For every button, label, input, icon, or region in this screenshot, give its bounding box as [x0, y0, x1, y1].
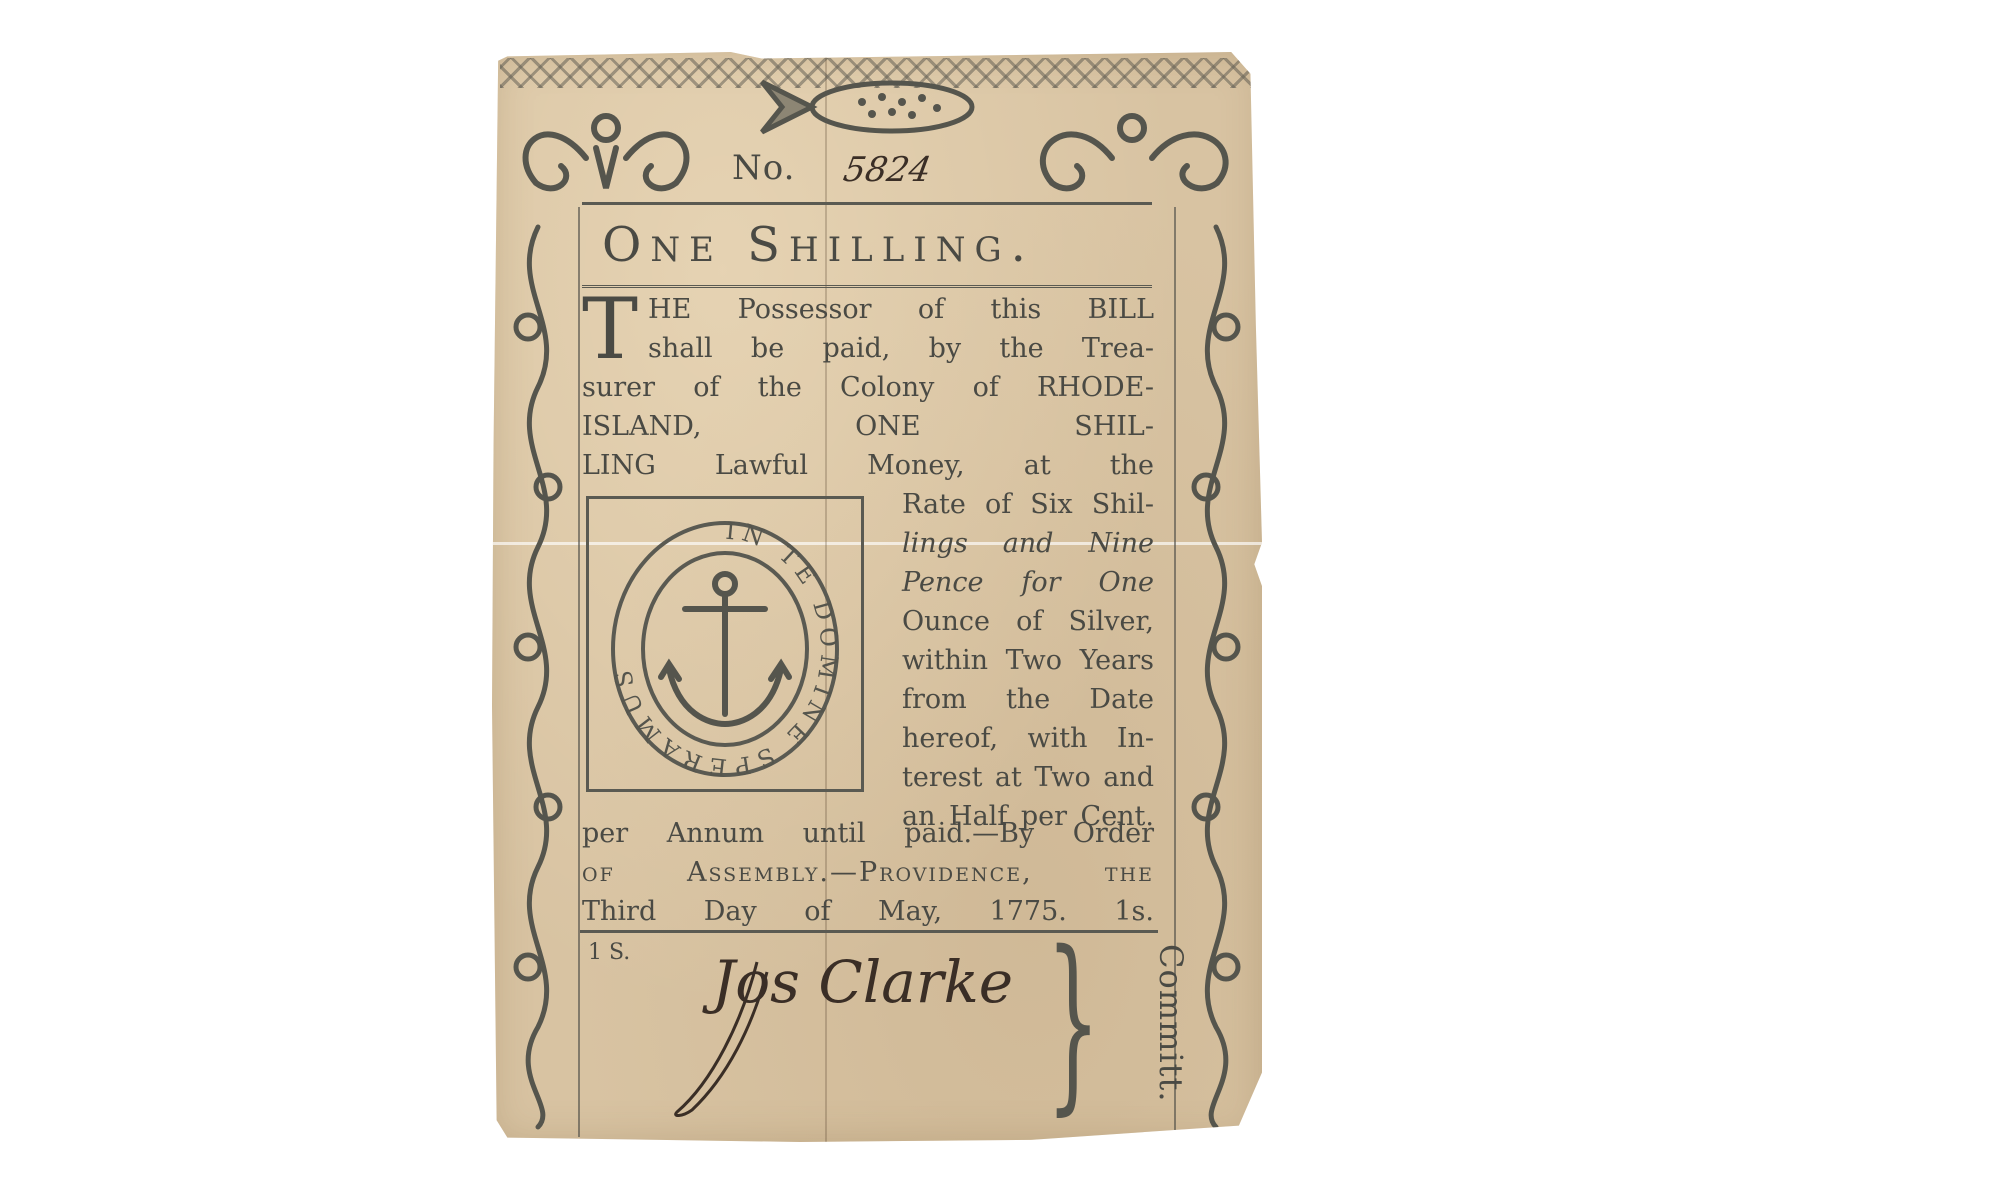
serial-label: No.: [732, 148, 795, 188]
signature: Jos Clarke: [672, 932, 1032, 1132]
text-line: ISLAND, ONE SHIL-: [582, 407, 1154, 446]
committee-label: Committ.: [1152, 944, 1190, 1103]
scroll-ornament-left-icon: [506, 88, 706, 198]
text-line: HE Possessor of this BILL: [582, 290, 1154, 329]
anchor-icon: IN TE DOMINE SPERAMUS: [589, 499, 861, 789]
text-line: surer of the Colony of RHODE-: [582, 368, 1154, 407]
serial-number: 5824: [840, 150, 934, 190]
drop-cap: T: [582, 294, 638, 364]
text-line: shall be paid, by the Trea-: [582, 329, 1154, 368]
banknote: No. 5824 One Shilling. T HE Possessor of…: [492, 52, 1262, 1142]
bill-text: T HE Possessor of this BILL shall be pai…: [582, 290, 1154, 485]
text-line: Ounce of Silver,: [902, 602, 1154, 641]
scroll-ornament-right-icon: [1012, 88, 1252, 198]
denomination-small: 1 S.: [588, 940, 630, 965]
text-line: terest at Two and: [902, 758, 1154, 797]
text-line: Pence for One: [902, 563, 1154, 602]
top-ornament-band: No. 5824: [492, 52, 1262, 202]
text-line: lings and Nine: [902, 524, 1154, 563]
text-line: LING Lawful Money, at the: [582, 446, 1154, 485]
fish-emblem-icon: [752, 72, 992, 142]
denomination-title: One Shilling.: [602, 217, 1035, 273]
text-line: per Annum until paid.—By Order: [582, 814, 1154, 853]
scroll-vine-left-icon: [498, 207, 578, 1137]
text-line: Rate of Six Shil-: [902, 485, 1154, 524]
title-box: One Shilling.: [582, 202, 1152, 288]
text-line: hereof, with In-: [902, 719, 1154, 758]
left-border-ornament: [498, 207, 580, 1137]
text-line: of Assembly.—Providence, the: [582, 853, 1154, 892]
text-line: within Two Years: [902, 641, 1154, 680]
committee-brace-icon: }: [1046, 927, 1100, 1117]
signature-text: Jos Clarke: [702, 948, 1013, 1016]
text-line: from the Date: [902, 680, 1154, 719]
colony-seal: IN TE DOMINE SPERAMUS: [586, 496, 864, 792]
right-column-text: Rate of Six Shil- lings and Nine Pence f…: [902, 485, 1154, 836]
